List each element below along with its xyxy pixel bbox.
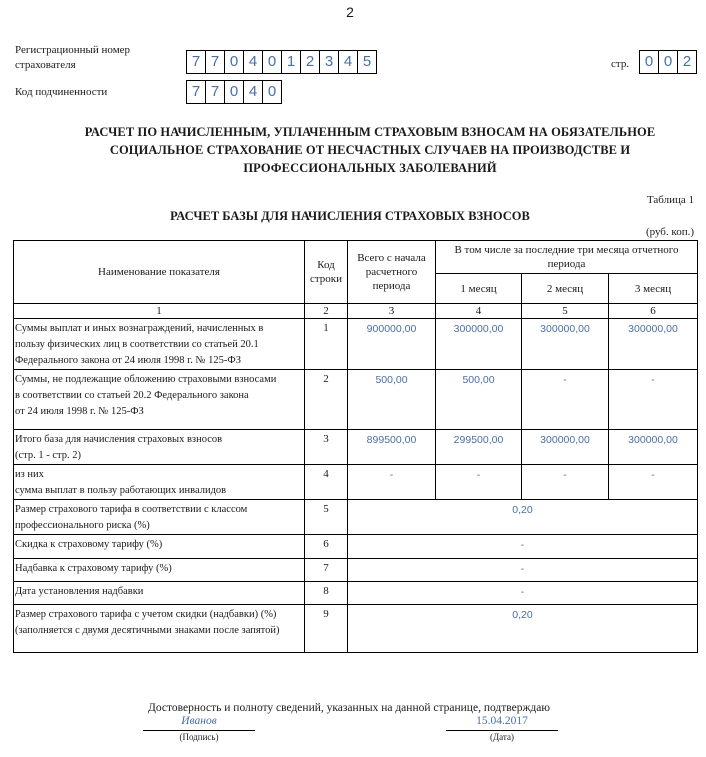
table-label: Таблица 1 (647, 194, 694, 206)
month3-value[interactable]: 300000,00 (609, 319, 698, 370)
table-row: из нихсумма выплат в пользу работающих и… (14, 465, 698, 500)
digit-cell[interactable]: 5 (358, 50, 377, 74)
row-code: 9 (305, 605, 348, 653)
reg-number-label: Регистрационный номер страхователя (15, 43, 130, 73)
digit-cell[interactable]: 0 (225, 80, 244, 104)
column-number: 4 (436, 304, 522, 319)
digit-cell[interactable]: 7 (206, 50, 225, 74)
signature-line (143, 730, 255, 731)
digit-cell[interactable]: 3 (320, 50, 339, 74)
form-title-line1: РАСЧЕТ ПО НАЧИСЛЕННЫМ, УПЛАЧЕННЫМ СТРАХО… (40, 123, 700, 141)
row-code: 1 (305, 319, 348, 370)
digit-cell[interactable]: 7 (187, 80, 206, 104)
form-title-line2: СОЦИАЛЬНОЕ СТРАХОВАНИЕ ОТ НЕСЧАСТНЫХ СЛУ… (40, 141, 700, 159)
signature-caption: (Подпись) (143, 732, 255, 742)
month1-value[interactable]: 299500,00 (436, 430, 522, 465)
header-total: Всего с начала расчетного периода (348, 241, 436, 304)
header-month2: 2 месяц (522, 274, 609, 304)
row-code: 5 (305, 500, 348, 535)
subordination-code-label: Код подчиненности (15, 85, 107, 100)
surcharge-value[interactable]: - (348, 559, 698, 582)
month3-value[interactable]: 300000,00 (609, 430, 698, 465)
final-tariff-value[interactable]: 0,20 (348, 605, 698, 653)
digit-cell[interactable]: 2 (301, 50, 320, 74)
row-name: из нихсумма выплат в пользу работающих и… (14, 465, 305, 500)
table-row: Суммы выплат и иных вознаграждений, начи… (14, 319, 698, 370)
surcharge-date-value[interactable]: - (348, 582, 698, 605)
reg-number-label-line2: страхователя (15, 58, 130, 73)
table-title: РАСЧЕТ БАЗЫ ДЛЯ НАЧИСЛЕНИЯ СТРАХОВЫХ ВЗН… (40, 209, 660, 224)
base-calculation-table: Наименование показателя Код строки Всего… (13, 240, 698, 653)
table-row: Надбавка к страховому тарифу (%) 7 - (14, 559, 698, 582)
month3-value[interactable]: - (609, 370, 698, 430)
units-note: (руб. коп.) (646, 226, 694, 238)
column-number: 5 (522, 304, 609, 319)
digit-cell[interactable]: 0 (263, 50, 282, 74)
table-row: Итого база для начисления страховых взно… (14, 430, 698, 465)
row-name: Итого база для начисления страховых взно… (14, 430, 305, 465)
discount-value[interactable]: - (348, 535, 698, 559)
column-numbers-row: 1 2 3 4 5 6 (14, 304, 698, 319)
row-code: 8 (305, 582, 348, 605)
column-number: 6 (609, 304, 698, 319)
table-row: Скидка к страховому тарифу (%) 6 - (14, 535, 698, 559)
month2-value[interactable]: - (522, 465, 609, 500)
digit-cell[interactable]: 7 (206, 80, 225, 104)
month3-value[interactable]: - (609, 465, 698, 500)
form-title: РАСЧЕТ ПО НАЧИСЛЕННЫМ, УПЛАЧЕННЫМ СТРАХО… (40, 123, 700, 177)
row-code: 2 (305, 370, 348, 430)
digit-cell[interactable]: 0 (659, 50, 678, 74)
row-code: 4 (305, 465, 348, 500)
signature-value[interactable]: Иванов (143, 715, 255, 727)
digit-cell[interactable]: 4 (339, 50, 358, 74)
row-code: 6 (305, 535, 348, 559)
table-row: Дата установления надбавки 8 - (14, 582, 698, 605)
row-name: Дата установления надбавки (14, 582, 305, 605)
page-label: стр. (611, 57, 629, 72)
reg-number-label-line1: Регистрационный номер (15, 43, 130, 58)
month2-value[interactable]: - (522, 370, 609, 430)
digit-cell[interactable]: 4 (244, 80, 263, 104)
row-name: Суммы выплат и иных вознаграждений, начи… (14, 319, 305, 370)
digit-cell[interactable]: 2 (678, 50, 697, 74)
digit-cell[interactable]: 1 (282, 50, 301, 74)
date-value[interactable]: 15.04.2017 (446, 715, 558, 727)
month1-value[interactable]: 300000,00 (436, 319, 522, 370)
header-name: Наименование показателя (14, 241, 305, 304)
row-name: Размер страхового тарифа с учетом скидки… (14, 605, 305, 653)
digit-cell[interactable]: 0 (225, 50, 244, 74)
total-value[interactable]: - (348, 465, 436, 500)
month1-value[interactable]: 500,00 (436, 370, 522, 430)
month2-value[interactable]: 300000,00 (522, 430, 609, 465)
total-value[interactable]: 900000,00 (348, 319, 436, 370)
row-name: Скидка к страховому тарифу (%) (14, 535, 305, 559)
table-row: Размер страхового тарифа в соответствии … (14, 500, 698, 535)
tariff-value[interactable]: 0,20 (348, 500, 698, 535)
page-number-field[interactable]: 002 (639, 50, 697, 74)
header-month1: 1 месяц (436, 274, 522, 304)
header-code: Код строки (305, 241, 348, 304)
subordination-code-field[interactable]: 77040 (186, 80, 282, 104)
month2-value[interactable]: 300000,00 (522, 319, 609, 370)
header-month3: 3 месяц (609, 274, 698, 304)
date-line (446, 730, 558, 731)
digit-cell[interactable]: 0 (263, 80, 282, 104)
digit-cell[interactable]: 0 (640, 50, 659, 74)
table-row: Размер страхового тарифа с учетом скидки… (14, 605, 698, 653)
column-number: 3 (348, 304, 436, 319)
total-value[interactable]: 500,00 (348, 370, 436, 430)
digit-cell[interactable]: 4 (244, 50, 263, 74)
row-name: Суммы, не подлежащие обложению страховым… (14, 370, 305, 430)
form-title-line3: ПРОФЕССИОНАЛЬНЫХ ЗАБОЛЕВАНИЙ (40, 159, 700, 177)
confirmation-text: Достоверность и полноту сведений, указан… (148, 702, 550, 714)
row-name: Размер страхового тарифа в соответствии … (14, 500, 305, 535)
table-row: Суммы, не подлежащие обложению страховым… (14, 370, 698, 430)
page-number: 2 (340, 4, 360, 20)
reg-number-field[interactable]: 7704012345 (186, 50, 377, 74)
month1-value[interactable]: - (436, 465, 522, 500)
column-number: 2 (305, 304, 348, 319)
total-value[interactable]: 899500,00 (348, 430, 436, 465)
row-name: Надбавка к страховому тарифу (%) (14, 559, 305, 582)
row-code: 3 (305, 430, 348, 465)
date-caption: (Дата) (446, 732, 558, 742)
digit-cell[interactable]: 7 (187, 50, 206, 74)
row-code: 7 (305, 559, 348, 582)
column-number: 1 (14, 304, 305, 319)
header-last-three-months: В том числе за последние три месяца отче… (436, 241, 698, 274)
